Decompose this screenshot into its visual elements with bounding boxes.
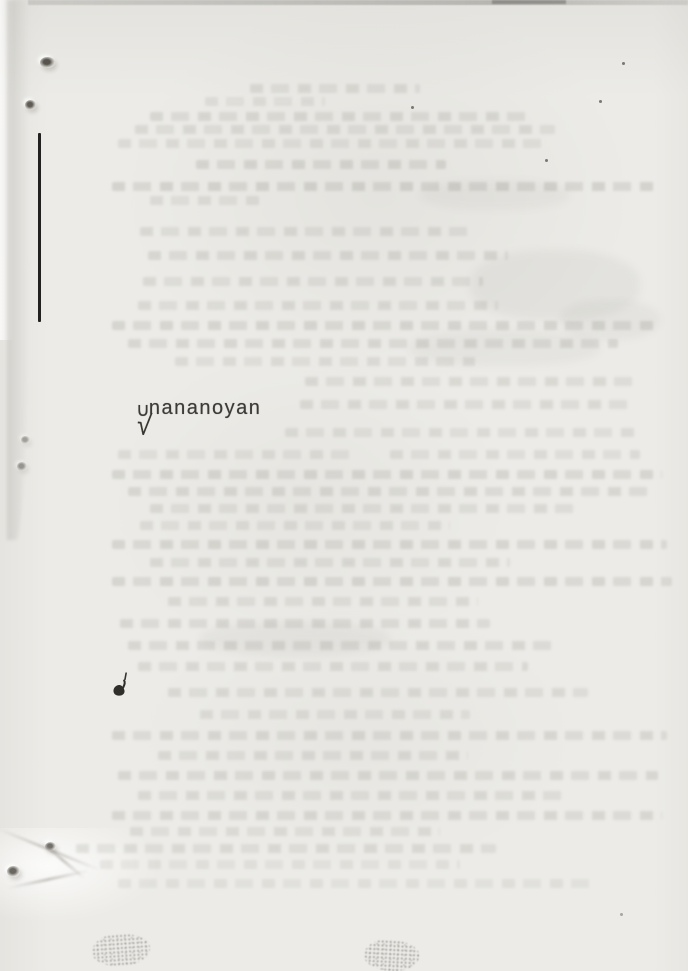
checkmark: √ [135, 408, 153, 443]
bleedthrough-line [250, 84, 420, 93]
bleedthrough-line [130, 827, 440, 836]
bleedthrough-line [128, 339, 618, 348]
annotation-word: nananoyan [149, 397, 261, 419]
bleedthrough-line [150, 112, 530, 121]
bleedthrough-line [118, 139, 548, 148]
bleedthrough-line [112, 731, 667, 740]
fastener-holes-layer [0, 0, 688, 971]
bleedthrough-smudge [560, 300, 660, 340]
bleedthrough-line [150, 504, 580, 513]
bleedthrough-smudge [420, 180, 570, 210]
bleedthrough-line [112, 321, 657, 330]
bleedthrough-line [140, 227, 470, 236]
scanned-page: ∪nananoyan √ [0, 0, 688, 971]
ink-speck [620, 913, 623, 916]
ink-speck [599, 100, 602, 103]
bleedthrough-line [390, 450, 640, 459]
paper-crinkle-patch [0, 828, 160, 923]
bleedthrough-line [200, 710, 470, 719]
specks-layer [0, 0, 688, 971]
bleedthrough-line [112, 811, 662, 820]
ink-speck [622, 62, 625, 65]
faint-stamp [363, 939, 420, 971]
bleedthrough-line [128, 487, 648, 496]
bleedthrough-line [138, 662, 528, 671]
crinkles-layer [0, 0, 688, 971]
top-edge-dark-segment [492, 0, 566, 4]
bleedthrough-line [128, 641, 558, 650]
paper-texture [0, 0, 688, 971]
bleedthrough-line [120, 619, 490, 628]
bleedthrough-line [168, 688, 588, 697]
bleedthrough-line [175, 357, 475, 366]
bleedthrough-line [138, 791, 568, 800]
bleedthrough-line [150, 196, 260, 205]
bleedthrough-line [150, 558, 510, 567]
bleedthrough-line [112, 577, 672, 586]
bleedthrough-line [140, 521, 450, 530]
bleedthrough-layer [0, 0, 688, 971]
top-edge-shadow [28, 0, 688, 5]
left-edge-shadow [7, 0, 29, 540]
stamps-layer [0, 0, 688, 971]
bleedthrough-line [118, 879, 598, 888]
ink-speck [545, 159, 548, 162]
bleedthrough-line [112, 470, 662, 479]
handwriting-annotation: ∪nananoyan [136, 397, 261, 420]
fastener-hole [40, 57, 55, 68]
bleedthrough-line [158, 751, 468, 760]
bleedthrough-line [138, 301, 498, 310]
bleedthrough-line [196, 160, 446, 169]
bleedthrough-smudge [200, 622, 390, 656]
bleedthrough-line [112, 182, 657, 191]
bleedthrough-line [205, 97, 325, 106]
bleedthrough-line [148, 251, 508, 260]
bleedthrough-smudge-layer [0, 0, 688, 971]
bleedthrough-line [285, 428, 635, 437]
bleedthrough-line [300, 400, 635, 409]
bleedthrough-line [118, 771, 658, 780]
ink-scribble-icon [106, 669, 136, 704]
faint-stamp [91, 932, 151, 968]
bleedthrough-line [168, 597, 478, 606]
vertical-pen-line [38, 133, 41, 322]
ink-speck [411, 106, 414, 109]
bleedthrough-line [305, 377, 635, 386]
bleedthrough-smudge [470, 250, 640, 320]
bleedthrough-line [135, 125, 555, 134]
bleedthrough-line [112, 540, 667, 549]
bleedthrough-line [118, 450, 358, 459]
bleedthrough-smudge [410, 330, 600, 366]
bleedthrough-line [143, 277, 483, 286]
